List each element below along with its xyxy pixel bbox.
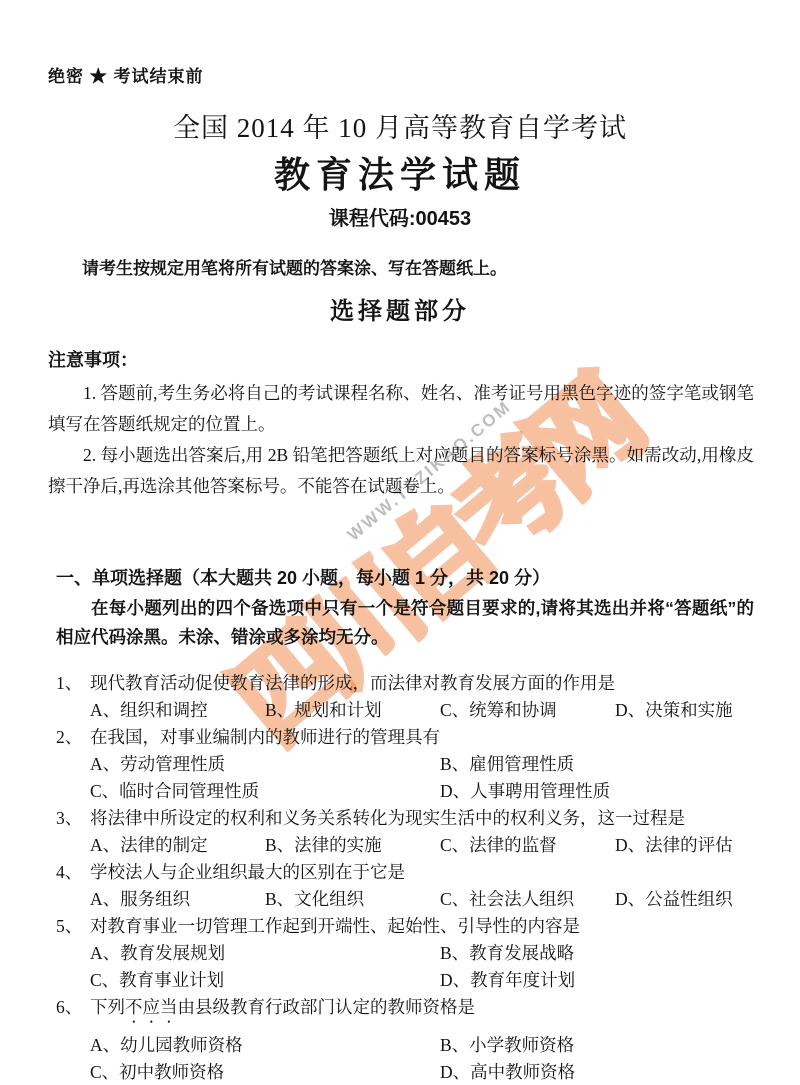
question-6-text: 下列不应当由县级教育行政部门认定的教师资格是 xyxy=(90,994,760,1027)
note-item-1: 1. 答题前,考生务必将自己的考试课程名称、姓名、准考证号用黑色字迹的签字笔或钢… xyxy=(48,378,754,440)
notes-title: 注意事项： xyxy=(48,346,800,372)
question-2-number: 2、 xyxy=(56,724,90,751)
part-title: 选择题部分 xyxy=(0,291,800,326)
question-3-text: 将法律中所设定的权利和义务关系转化为现实生活中的权利义务，这一过程是 xyxy=(90,805,760,832)
question-4-option-c: C、社会法人组织 xyxy=(440,886,615,913)
question-2-option-b: B、雇佣管理性质 xyxy=(440,751,760,778)
question-3-option-a: A、法律的制定 xyxy=(90,832,265,859)
question-5-option-b: B、教育发展战略 xyxy=(440,940,760,967)
paper-title: 教育法学试题 xyxy=(0,147,800,198)
question-3-option-b: B、法律的实施 xyxy=(265,832,440,859)
question-1-option-d: D、决策和实施 xyxy=(615,697,760,724)
question-6: 6、下列不应当由县级教育行政部门认定的教师资格是 A、幼儿园教师资格 B、小学教… xyxy=(56,994,760,1085)
question-1-option-a: A、组织和调控 xyxy=(90,697,265,724)
classification-banner: 绝密 ★ 考试结束前 xyxy=(48,62,800,87)
question-2-option-c: C、临时合同管理性质 xyxy=(90,778,440,805)
exam-session-title: 全国 2014 年 10 月高等教育自学考试 xyxy=(0,106,800,145)
question-4-number: 4、 xyxy=(56,859,90,886)
question-5-text: 对教育事业一切管理工作起到开端性、起始性、引导性的内容是 xyxy=(90,913,760,940)
question-2-options: A、劳动管理性质 B、雇佣管理性质 C、临时合同管理性质 D、人事聘用管理性质 xyxy=(56,751,760,805)
question-2-text: 在我国，对事业编制内的教师进行的管理具有 xyxy=(90,724,760,751)
question-4-option-b: B、文化组织 xyxy=(265,886,440,913)
exam-paper-page: WWW.TFZIKAO.COM 四川自考网 绝密 ★ 考试结束前 全国 2014… xyxy=(0,0,800,1085)
question-6-options: A、幼儿园教师资格 B、小学教师资格 C、初中教师资格 D、高中教师资格 xyxy=(56,1032,760,1085)
question-1-options: A、组织和调控 B、规划和计划 C、统筹和协调 D、决策和实施 xyxy=(56,697,760,724)
question-2-option-a: A、劳动管理性质 xyxy=(90,751,440,778)
question-list: 1、现代教育活动促使教育法律的形成，而法律对教育发展方面的作用是 A、组织和调控… xyxy=(56,670,760,1085)
question-6-text-before: 下列 xyxy=(90,997,125,1017)
question-4-options: A、服务组织 B、文化组织 C、社会法人组织 D、公益性组织 xyxy=(56,886,760,913)
question-4-text: 学校法人与企业组织最大的区别在于它是 xyxy=(90,859,760,886)
question-4-option-d: D、公益性组织 xyxy=(615,886,760,913)
question-6-option-b: B、小学教师资格 xyxy=(440,1032,760,1059)
question-1-text: 现代教育活动促使教育法律的形成，而法律对教育发展方面的作用是 xyxy=(90,670,760,697)
question-5-option-a: A、教育发展规划 xyxy=(90,940,440,967)
question-3: 3、将法律中所设定的权利和义务关系转化为现实生活中的权利义务，这一过程是 A、法… xyxy=(56,805,760,859)
note-item-2: 2. 每小题选出答案后,用 2B 铅笔把答题纸上对应题目的答案标号涂黑。如需改动… xyxy=(48,440,754,502)
question-5: 5、对教育事业一切管理工作起到开端性、起始性、引导性的内容是 A、教育发展规划 … xyxy=(56,913,760,994)
course-code: 课程代码:00453 xyxy=(0,202,800,231)
question-6-text-after: 由县级教育行政部门认定的教师资格是 xyxy=(178,997,476,1017)
question-1-option-c: C、统筹和协调 xyxy=(440,697,615,724)
question-2: 2、在我国，对事业编制内的教师进行的管理具有 A、劳动管理性质 B、雇佣管理性质… xyxy=(56,724,760,805)
question-3-number: 3、 xyxy=(56,805,90,832)
question-3-option-d: D、法律的评估 xyxy=(615,832,760,859)
answer-sheet-instruction: 请考生按规定用笔将所有试题的答案涂、写在答题纸上。 xyxy=(48,254,752,279)
question-1-number: 1、 xyxy=(56,670,90,697)
question-6-option-c: C、初中教师资格 xyxy=(90,1059,440,1085)
question-1: 1、现代教育活动促使教育法律的形成，而法律对教育发展方面的作用是 A、组织和调控… xyxy=(56,670,760,724)
question-4-option-a: A、服务组织 xyxy=(90,886,265,913)
question-5-option-d: D、教育年度计划 xyxy=(440,967,760,994)
question-3-options: A、法律的制定 B、法律的实施 C、法律的监督 D、法律的评估 xyxy=(56,832,760,859)
question-6-text-emphasized: 不应当 xyxy=(125,997,178,1017)
question-4: 4、学校法人与企业组织最大的区别在于它是 A、服务组织 B、文化组织 C、社会法… xyxy=(56,859,760,913)
section-one-heading: 一、单项选择题（本大题共 20 小题，每小题 1 分，共 20 分） xyxy=(56,564,800,590)
question-1-option-b: B、规划和计划 xyxy=(265,697,440,724)
section-one-intro: 在每小题列出的四个备选项中只有一个是符合题目要求的,请将其选出并将“答题纸”的相… xyxy=(56,594,754,652)
question-6-option-d: D、高中教师资格 xyxy=(440,1059,760,1085)
question-2-option-d: D、人事聘用管理性质 xyxy=(440,778,760,805)
question-5-number: 5、 xyxy=(56,913,90,940)
question-6-number: 6、 xyxy=(56,994,90,1027)
question-5-options: A、教育发展规划 B、教育发展战略 C、教育事业计划 D、教育年度计划 xyxy=(56,940,760,994)
question-5-option-c: C、教育事业计划 xyxy=(90,967,440,994)
question-3-option-c: C、法律的监督 xyxy=(440,832,615,859)
question-6-option-a: A、幼儿园教师资格 xyxy=(90,1032,440,1059)
